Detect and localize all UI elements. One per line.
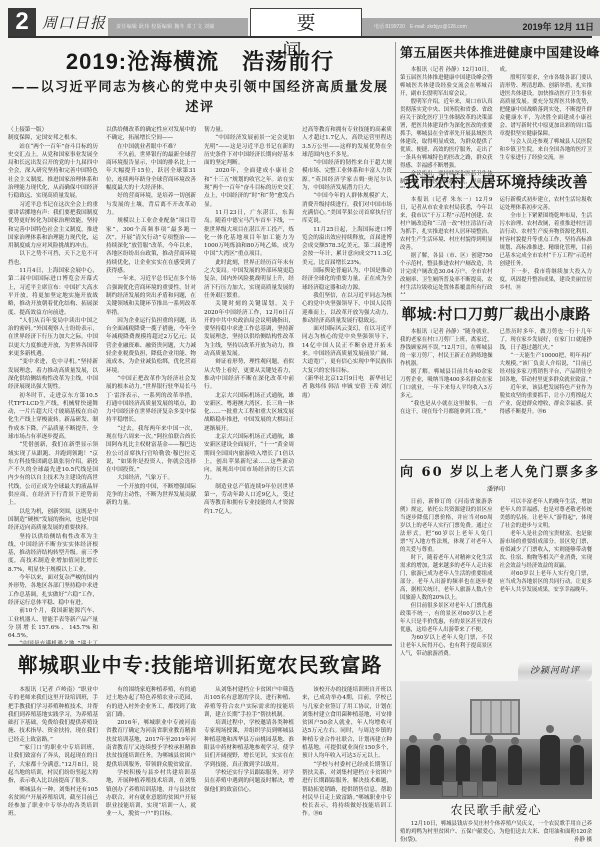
column-logo: 沙颍河时评 [518, 660, 592, 682]
paragraph: 坚持以供给侧结构性改革为主线，中国经济不断夯实实体经济根基，推动经济结构转型升级… [8, 533, 98, 574]
photo-head [433, 733, 441, 741]
paragraph: “凭借创新，我们在新型显示领域实现了从跟跑、并跑到领跑！”京东方科技集团副总裁张… [8, 441, 98, 507]
paragraph: 郸城县有一种，刘集村还有105名贫困户开展养殖培训，截至目前已经参加了职业中专举… [8, 786, 98, 819]
photo-head [409, 735, 417, 743]
paragraph: 但目前很多景区对老年人门票优惠政策不统一，有的景区对60岁以上老年人只是半价优惠… [400, 602, 493, 634]
paragraph: （新华社北京12月9日电 新华社记者 陈炜伟 韩洁 申铖 安蓓 王希 刘红霞） [302, 375, 392, 400]
vocational-article-body: 本报讯（记者 卢岭南）“职业中专的老师来我们这里开设培训班，手把手教我们学习养殖… [8, 686, 392, 838]
paragraph: 好的营商环境，是培养一切创新与发展的土壤，背后离不开改革动力。 [106, 192, 196, 217]
paragraph: 近年来，该县把发展特色产业作为脱贫攻坚的重要抓手，让小刀剪撑起大产业，促进群众增… [500, 384, 593, 416]
summit-article: 第五届医共体推进健康中国建设峰会在郸城开幕 本报讯（记者 孙静）12月10日，第… [400, 44, 592, 192]
paragraph: 2016年，郸城职业中专被河南省教育厅确定为河南省职业教育精准扶贫培训基地，20… [106, 719, 196, 769]
photo-person [508, 745, 522, 785]
vocational-article: 郸城职业中专:技能培训拓宽农民致富路 本报讯（记者 卢岭南）“职业中专的老师来我… [8, 652, 392, 842]
paragraph: 过高等教育和拥有专业技能的高素质人才超过1.7亿人，高铁运营里程达3.5万公里—… [302, 126, 392, 159]
article-column: 本报讯（记者 卢岭南）“职业中专的老师来我们这里开设培训班，手把手教我们学习养殖… [8, 686, 98, 838]
photo-person [540, 735, 560, 785]
phone-number: 电话 8199720 [374, 18, 405, 36]
paragraph: 该校开办的技能培训班自开班以来，已成功举办4期，目前，学校已与几家企业签订了用工… [302, 686, 392, 761]
paragraph: “变中求进，危中寻机。”坚持新发展理念，着力推动高质量发展，以深化供给侧结构性改… [8, 358, 98, 391]
page-number: 2 [8, 8, 36, 36]
paragraph: 全市上下紧紧围绕乾坤布局，生活污水治理、农村改厕，着重推进村庄清洁行动、农村生产… [500, 212, 593, 268]
article-divider [8, 644, 392, 646]
paragraph: 与会人员还参观了郸城县人民医院和乡镇卫生院。来自全国各地的医疗卫生专家进行了经验… [500, 138, 593, 162]
news-photo [400, 681, 592, 799]
commentary-article-title: 向 60 岁以上老人免门票多多益善 [400, 464, 592, 482]
paragraph: 本报讯（记者 孙静）“随身就业，我的老家在村口刀剪厂上班，离家近，挣钱顾家两不误… [400, 328, 493, 368]
photo-person [456, 745, 470, 785]
article-column: 该校开办的技能培训班自开班以来，已成功举办4期，目前，学校已与几家企业签订了用工… [302, 686, 392, 838]
paragraph: 下一步，我市将继续加大投入力度，巩固提升整治成果，建设美丽宜居乡村。⑩ [500, 268, 593, 292]
article-column: 本报讯（记者 朱东一）12月9日，记者从市农业农村局获悉，今年以来，我市以“千万… [400, 196, 493, 294]
photo-person [406, 745, 420, 785]
paragraph: “学校与村委村已经成长期签订帮扶关系，对刘集村建档立卡贫困户进行长期跟踪服务，解… [302, 761, 392, 819]
paragraph: 不久前，世界银行的最新全球营商环境报告显示，中国的排名比上一年大幅提升15位，跃… [106, 151, 196, 192]
column-divider [395, 42, 396, 842]
paragraph: 本报讯（记者 朱东一）12月9日，记者从市农业农村局获悉，今年以来，我市以“千万… [400, 196, 493, 252]
photo-head [573, 735, 581, 743]
photo-gift-box [442, 781, 458, 797]
paragraph: 时下，随着老年人对精神文化生活需求的增加，越来越多的老年人走出家门，旅游已成为老… [400, 554, 493, 602]
paragraph: 已然历时多年，做刀剪也一行十几年了，现在家乡发展好，在家门口就能挣钱，日子越过越… [500, 328, 593, 352]
photo-gift-box [482, 781, 498, 797]
paragraph: 在中国就业者眼中不难？ [106, 143, 196, 151]
section-title: 要闻 [250, 8, 362, 36]
paragraph: 学校积极与县乡村共建培训基地，开展种植养殖技术培训，在刘集镇创办了养殖培训基地，… [106, 769, 196, 819]
paragraph: 今年以来，面对复杂严峻的国内外形势，各地区各部门坚持稳中求进工作总基调，扎实做好… [8, 574, 98, 607]
photo-head [485, 735, 493, 743]
paragraph: 以危为机，创新突围，这既是中国制造“硬核”发展的指向，也是中国经济迈向高质量发展… [8, 508, 98, 533]
paragraph: 11月25日起，上海国际进口博览会的溢出效应持续释放，首届进博会成交额578.3… [302, 226, 392, 267]
article-column: （上接第一版）制度保障，定国安邦之根本。站在“两个一百年”奋斗目标的历史交汇点上… [8, 126, 98, 646]
paragraph: 可以丰富老年人的晚年生活，增加老年人的幸福感，也是对尊老敬老传统美德的弘扬。让老… [500, 498, 593, 530]
paragraph: 殷明军要求，全市各级各部门要认清形势、理清思路、创新举措，扎实推进医共体建设，加… [500, 74, 593, 138]
paragraph: 据了解，郸城县目前共有40余家刀剪企业，吸纳当地400多名群众在家门口就业，一年… [400, 368, 493, 400]
paragraph: 从刘集村建档立卡贫困户中筛选出105名有意愿的学员，进行种植、养殖等符合农户实际… [204, 686, 294, 719]
paragraph: 因为企业运行负担重的问题，出台全面减税降费一揽子措施，今年全年减税降费规模将超过… [106, 317, 196, 375]
paragraph: 日前，新修订的《河南省旅游条例》规定，依托公共资源建设的景区应当逐步降低门票价格… [400, 498, 493, 554]
paragraph: 制造业总产值连续9年位居世界第一，劳动年龄人口近9亿人，受过高等教育和拥有专业技… [204, 483, 294, 516]
paragraph: 有的围绕家庭种植养殖，有的通过土地办起了特色养殖农业示范园，有的进入村外企业务工… [106, 686, 196, 719]
paragraph: “我也是从小就在这里做事，一直在这干，现在每个月都能拿到工资。” [400, 400, 493, 416]
article-column: 过高等教育和拥有专业技能的高素质人才超过1.7亿人，高铁运营里程达3.5万公里—… [302, 126, 392, 646]
commentary-article-body: 日前，新修订的《河南省旅游条例》规定，依托公共资源建设的景区应当逐步降低门票价格… [400, 498, 592, 664]
paragraph: 此时此刻，世界正经历百年未有之大变局。中国发展的外部环境更趋复杂，国内外风险挑战… [204, 259, 294, 300]
paragraph: 一年来，习近平总书记在多个场合强调优化营商环境的重要性，针对制约经济发展的突出矛… [106, 275, 196, 316]
paragraph: 为60岁以上老年人免门票，不仅让老年人玩得开心，也有利于提高景区人气，带动旅游消… [400, 634, 493, 658]
article-column: 成。殷明军要求，全市各级各部门要认清形势、理清思路、创新举措，扎实推进医共体建设… [500, 66, 593, 188]
article-column: 运行新模式初步建立，农村生活垃圾收运处理体系初步完善。全市上下紧紧围绕乾坤布局，… [500, 196, 593, 294]
article-column: 可以丰富老年人的晚年生活，增加老年人的幸福感，也是对尊老敬老传统美德的弘扬。让老… [500, 498, 593, 664]
paragraph: 北京大兴国际机场正式通航，雄安新区、粤港澳大湾区、长三角一体化……一批重大工程和… [204, 392, 294, 433]
environment-article: 我市农村人居环境持续改善 本报讯（记者 朱东一）12月9日，记者从市农业农村局获… [400, 174, 592, 298]
photo-credit: 孙静 摄 [574, 836, 592, 844]
lead-article-subtitle: ——以习近平同志为核心的党中央引领中国经济高质量发展述评 [8, 78, 392, 118]
paragraph: 关键时刻的关键谋划。关于2020年中国经济工作，12月6日召开的中共中央政治局会… [204, 300, 294, 358]
info-bar: 电话 8199720 E-mail: zkrbjyz@126.com 2019年… [362, 18, 600, 36]
paragraph: 国际舆论普遍认为，中国是推动经济全球化的重要力量，正在成为全球经济稳定器和动力源… [302, 267, 392, 292]
rail-divider [400, 459, 592, 460]
paragraph: 以供给侧改革的确定性应对发展中的不确定，拓展增长空间—— [106, 126, 196, 143]
photo-head [511, 737, 519, 745]
article-column: 有的围绕家庭种植养殖，有的通过土地办起了特色养殖农业示范园，有的进入村外企业务工… [106, 686, 196, 838]
paragraph: “中国经济的韧性来自于超大规模市场、完整工业体系和丰富人力资源。”英国经济学家吉… [302, 159, 392, 192]
photo-caption-text: 12月10日，郸城县钱店乡吴庄村个体养殖户吴庆义，一个农民歌手用自己养殖的鸡鸭为… [400, 821, 592, 843]
paragraph: 2020年，全面建成小康社会和“十三五”规划的收官之年。站在实现“两个一百年”奋… [204, 167, 294, 208]
article-column: 本报讯（记者 孙静）12月10日，第五届医共体推进健康中国建设峰会暨郸城医共体建… [400, 66, 493, 188]
paragraph: “中国今年的人群体规模扩大，消费升级持续进行，我们对中国市场充满信心。”美国苹果… [302, 192, 392, 225]
paragraph: 本报讯（记者 卢岭南）“职业中专的老师来我们这里开设培训班，手把手教我们学习养殖… [8, 686, 98, 744]
commentary-byline: 潘铎印 [400, 485, 592, 494]
paragraph: 据了解，各县（市、区）创建750个示范村，整县推进农村户厕改造，共计完成户厕改造… [400, 252, 493, 294]
photo-head [459, 737, 467, 745]
rail-divider [400, 300, 592, 301]
photo-gift-box [462, 781, 478, 797]
editor-credits: 责任编辑 耿玮 校版编辑 魏冬 邓丁文 刘嫱 [108, 18, 248, 36]
paragraph: 殷明军介绍，近年来，周口市认真贯彻落实党中央、国务院和省委、省政府关于深化医疗卫… [400, 98, 493, 170]
photo-caption: 12月10日，郸城县钱店乡吴庄村个体养殖户吴庆义，一个农民歌手用自己养殖的鸡鸭为… [400, 820, 592, 844]
paragraph: 站在“两个一百年”奋斗目标的历史交汇点上，从党和国家事业发展全局和长远出发召开的… [8, 143, 98, 201]
issue-date: 2019年 12月 11日 [522, 18, 594, 36]
paragraph: （上接第一版） [8, 126, 98, 134]
paragraph: 11月23日，广东湛江，东海岛。随着中德宝马汽车首车下线，一批世界级大项目在湛江… [204, 209, 294, 259]
commentary-article: 向 60 岁以上老人免门票多多益善 潘铎印 日前，新修订的《河南省旅游条例》规定… [400, 464, 592, 674]
environment-article-title: 我市农村人居环境持续改善 [400, 174, 592, 192]
paragraph: “过去，我每两年来中国一次，现在每六周来一次。”阿拉伯联合酋长国阿布扎比主权财富… [106, 425, 196, 475]
paragraph: 以下之势不可挡，天下之危不可挡也。 [8, 250, 98, 267]
scissors-article-body: 本报讯（记者 孙静）“随身就业，我的老家在村口刀剪厂上班，离家近，挣钱顾家两不误… [400, 328, 592, 462]
article-column: 已然历时多年，做刀剪也一行十几年了，现在家乡发展好，在家门口就能挣钱，日子越过越… [500, 328, 593, 462]
paper-name-logo: 周口日报 [42, 12, 106, 33]
lead-article-body: （上接第一版）制度保障，定国安邦之根本。站在“两个一百年”奋斗目标的历史交汇点上… [8, 126, 392, 646]
paragraph: 成。 [500, 66, 593, 74]
paragraph: 韧力量。 [204, 126, 294, 134]
scissors-article: 郸城:村口刀剪厂裁出小康路 本报讯（记者 孙静）“随身就业，我的老家在村口刀剪厂… [400, 306, 592, 466]
paragraph: 习近平总书记在这次全会上的重要讲话掷地有声：我们要把我国制度优势更好转化为国家治… [8, 201, 98, 251]
rail-divider [400, 172, 592, 173]
paragraph: 制度保障，定国安邦之根本。 [8, 134, 98, 142]
scissors-article-title: 郸城:村口刀剪厂裁出小康路 [400, 306, 592, 324]
paragraph: “‘家门口’的职业中专培训班，让我们致富有了奔头，说起现在的日子，大家都十分满意… [8, 744, 98, 785]
email-address: E-mail: zkrbjyz@126.com [410, 18, 467, 36]
paragraph: 初冬时节，走进京东方第10.5代TFT-LCD生产线，机械臂快速舞动，一片片超大… [8, 392, 98, 442]
lead-article-title: 2019:沧海横流 浩荡前行 [8, 48, 392, 76]
photo-person [570, 745, 584, 785]
masthead: 2 周口日报 责任编辑 耿玮 校版编辑 魏冬 邓丁文 刘嫱 要闻 电话 8199… [8, 8, 592, 36]
summit-article-body: 本报讯（记者 孙静）12月10日，第五届医共体推进健康中国建设峰会暨郸城医共体建… [400, 66, 592, 188]
paragraph: 大国经济，气象万千。 [106, 474, 196, 482]
summit-article-title: 第五届医共体推进健康中国建设峰会在郸城开幕 [400, 44, 592, 62]
masthead-divider [8, 36, 592, 38]
paragraph: 老年人是社会的宝贵财富，也是旅游市场的重要组成部分。景区免门票，看似减少了门票收… [500, 530, 593, 570]
photo-window [470, 699, 520, 735]
paragraph: 辩证看形势，理性观问题，看似从大势上看好，更要从关键处着力，推动中国经济不断在深… [204, 358, 294, 391]
paragraph: “中国经济发展前景一定会更加光明”——这是习近平总书记在新的历史条件下对中国经济… [204, 134, 294, 167]
photo-title: 农民歌手献爱心 [400, 801, 592, 819]
paragraph: 学校还实行学员跟踪服务，对学员在养殖中遇到的问题及时解决，增强他们的致富信心。 [204, 769, 294, 794]
paragraph: 11月4日，上海国家会展中心，第二届中国国际进口博览会开幕式上，习近平主席宣布：… [8, 267, 98, 317]
paragraph: 前10个月，我国新能源汽车、工业机器人、智能手表等新产品产量分别增长157.6%… [8, 607, 98, 640]
paragraph: “一天能生产10000把，明年再扩大规模。”该厂负责人介绍说，“目前已经对接多家… [500, 352, 593, 384]
vocational-article-title: 郸城职业中专:技能培训拓宽农民致富路 [8, 652, 392, 680]
article-column: 从刘集村建档立卡贫困户中筛选出105名有意愿的学员，进行种植、养殖等符合农户实际… [204, 686, 294, 838]
article-column: 日前，新修订的《河南省旅游条例》规定，依托公共资源建设的景区应当逐步降低门票价格… [400, 498, 493, 664]
paragraph: 北京大兴国际机场正式通航，雄安新区建设全面展开，“十一”黄金周期间全国国内旅游收… [204, 433, 294, 483]
environment-article-body: 本报讯（记者 朱东一）12月9日，记者从市农业农村局获悉，今年以来，我市以“千万… [400, 196, 592, 294]
paragraph: 规模以上工业企业配备“项目管家”，300个高频事项“最多跑一次”，开展“清欠行动… [106, 217, 196, 275]
article-column: 本报讯（记者 孙静）“随身就业，我的老家在村口刀剪厂上班，离家近，挣钱顾家两不误… [400, 328, 493, 462]
paragraph: “人们从百年变局中读出中国之治的密码。”外国观察人士纷纷表示，在世界经济下行压力… [8, 317, 98, 358]
article-column: 以供给侧改革的确定性应对发展中的不确定，拓展增长空间——在中国就业者眼中不难？不… [106, 126, 196, 646]
paragraph: 一个开放的中国，不断增强国际竞争的主动性，不断为世界发展贡献新的力量。 [106, 483, 196, 508]
paragraph: 培训过程中，学校邀请各类种植专家现场授课，并组织学员到郸城县种植基地和西华县万亩… [204, 719, 294, 769]
paragraph: 运行新模式初步建立，农村生活垃圾收运处理体系初步完善。 [500, 196, 593, 212]
photo-head [546, 725, 554, 733]
photo-person [430, 745, 444, 785]
article-column: 韧力量。“中国经济发展前景一定会更加光明”——这是习近平总书记在新的历史条件下对… [204, 126, 294, 646]
paragraph: “中国正把改革作为经济社会发展的根本动力。”世界银行驻华局长马丁·雷泽表示，一系… [106, 375, 196, 425]
lead-article: 2019:沧海横流 浩荡前行 ——以习近平同志为核心的党中央引领中国经济高质量发… [8, 44, 392, 629]
photo-person [482, 745, 496, 785]
paragraph: 对60岁以上老年人实行免门票，应当成为各地景区的共同行动，让更多老年人共享发展成… [500, 570, 593, 594]
paragraph: 本报讯（记者 孙静）12月10日，第五届医共体推进健康中国建设峰会暨郸城医共体建… [400, 66, 493, 98]
paragraph: 我们坚信，在以习近平同志为核心的党中央坚强领导下，中国人民将迎难而上，以改革开放… [302, 292, 392, 325]
paragraph: 面对国际风云变幻，在以习近平同志为核心的党中央坚强领导下，14亿中国人民正不断奋… [302, 325, 392, 375]
